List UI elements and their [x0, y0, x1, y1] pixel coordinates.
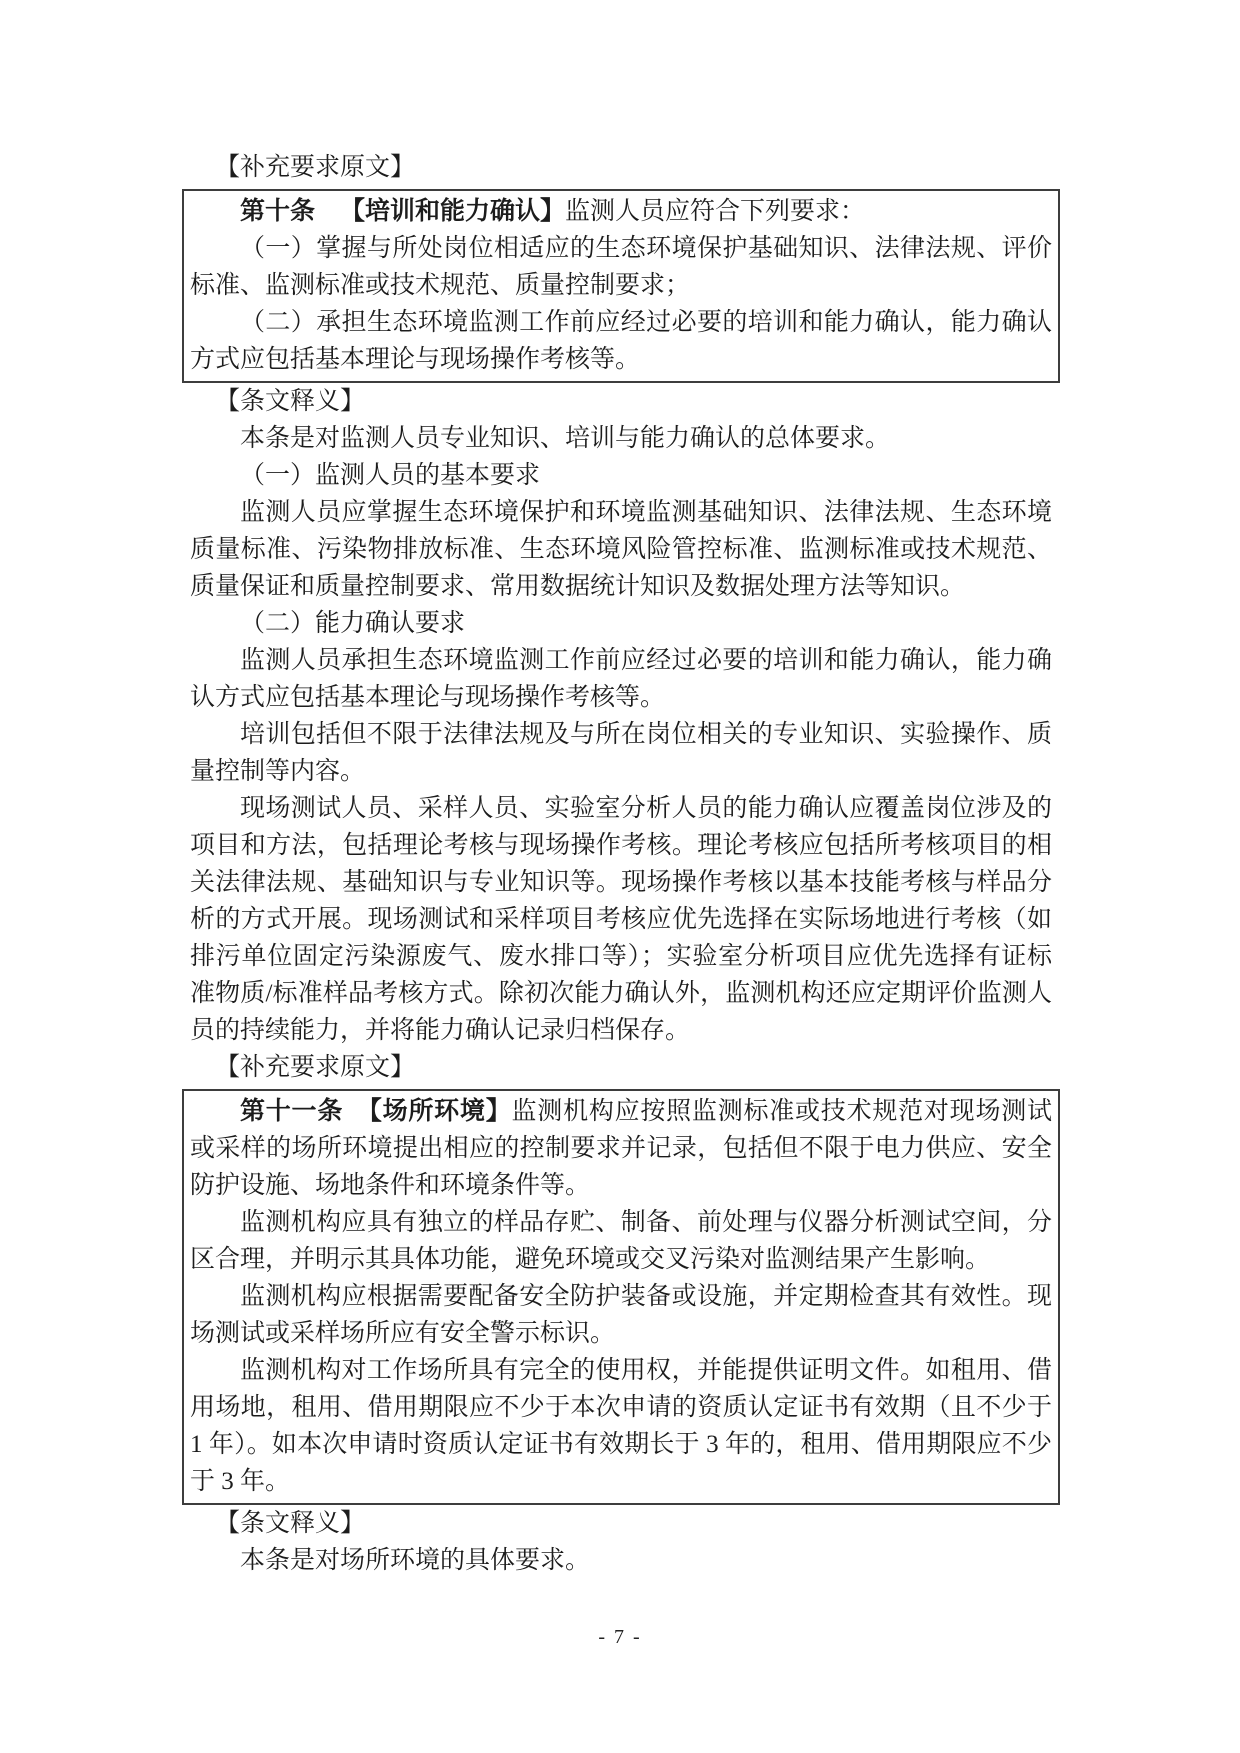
article-10-lead-paragraph: 第十条【培训和能力确认】监测人员应符合下列要求：: [190, 193, 1052, 230]
article-11-number: 第十一条: [240, 1098, 343, 1125]
article-11-title: 【场所环境】: [357, 1098, 512, 1125]
article-10-clause-2: （二）承担生态环境监测工作前应经过必要的培训和能力确认，能力确认方式应包括基本理…: [190, 304, 1052, 378]
interpretation-10-paragraph: 现场测试人员、采样人员、实验室分析人员的能力确认应覆盖岗位涉及的项目和方法，包括…: [190, 790, 1052, 1049]
interpretation-10-paragraph: 监测人员应掌握生态环境保护和环境监测基础知识、法律法规、生态环境质量标准、污染物…: [190, 494, 1052, 605]
supplement-heading-1: 【补充要求原文】: [190, 149, 1052, 186]
article-10-title: 【培训和能力确认】: [340, 198, 565, 225]
interpretation-10-paragraph: （一）监测人员的基本要求: [190, 457, 1052, 494]
article-box-10: 第十条【培训和能力确认】监测人员应符合下列要求： （一）掌握与所处岗位相适应的生…: [182, 189, 1060, 383]
interpretation-10-paragraph: 监测人员承担生态环境监测工作前应经过必要的培训和能力确认，能力确认方式应包括基本…: [190, 642, 1052, 716]
article-10-clause-1: （一）掌握与所处岗位相适应的生态环境保护基础知识、法律法规、评价标准、监测标准或…: [190, 230, 1052, 304]
interpretation-heading-1: 【条文释义】: [190, 383, 1052, 420]
article-11-clause-2: 监测机构应根据需要配备安全防护装备或设施，并定期检查其有效性。现场测试或采样场所…: [190, 1278, 1052, 1352]
supplement-heading-2: 【补充要求原文】: [190, 1049, 1052, 1086]
article-11-lead-paragraph: 第十一条【场所环境】监测机构应按照监测标准或技术规范对现场测试或采样的场所环境提…: [190, 1093, 1052, 1204]
article-box-11: 第十一条【场所环境】监测机构应按照监测标准或技术规范对现场测试或采样的场所环境提…: [182, 1089, 1060, 1505]
article-11-clause-1: 监测机构应具有独立的样品存贮、制备、前处理与仪器分析测试空间，分区合理，并明示其…: [190, 1204, 1052, 1278]
document-page: 【补充要求原文】 第十条【培训和能力确认】监测人员应符合下列要求： （一）掌握与…: [0, 0, 1240, 1753]
article-11-clause-3: 监测机构对工作场所具有完全的使用权，并能提供证明文件。如租用、借用场地，租用、借…: [190, 1352, 1052, 1500]
interpretation-11-paragraph: 本条是对场所环境的具体要求。: [190, 1542, 1052, 1579]
page-content: 【补充要求原文】 第十条【培训和能力确认】监测人员应符合下列要求： （一）掌握与…: [190, 149, 1052, 1579]
interpretation-10-paragraph: 本条是对监测人员专业知识、培训与能力确认的总体要求。: [190, 420, 1052, 457]
interpretation-10-paragraph: 培训包括但不限于法律法规及与所在岗位相关的专业知识、实验操作、质量控制等内容。: [190, 716, 1052, 790]
interpretation-heading-2: 【条文释义】: [190, 1505, 1052, 1542]
interpretation-10-paragraph: （二）能力确认要求: [190, 605, 1052, 642]
page-number: - 7 -: [0, 1626, 1240, 1649]
article-10-number: 第十条: [240, 198, 315, 225]
article-10-lead-text: 监测人员应符合下列要求：: [565, 198, 865, 225]
